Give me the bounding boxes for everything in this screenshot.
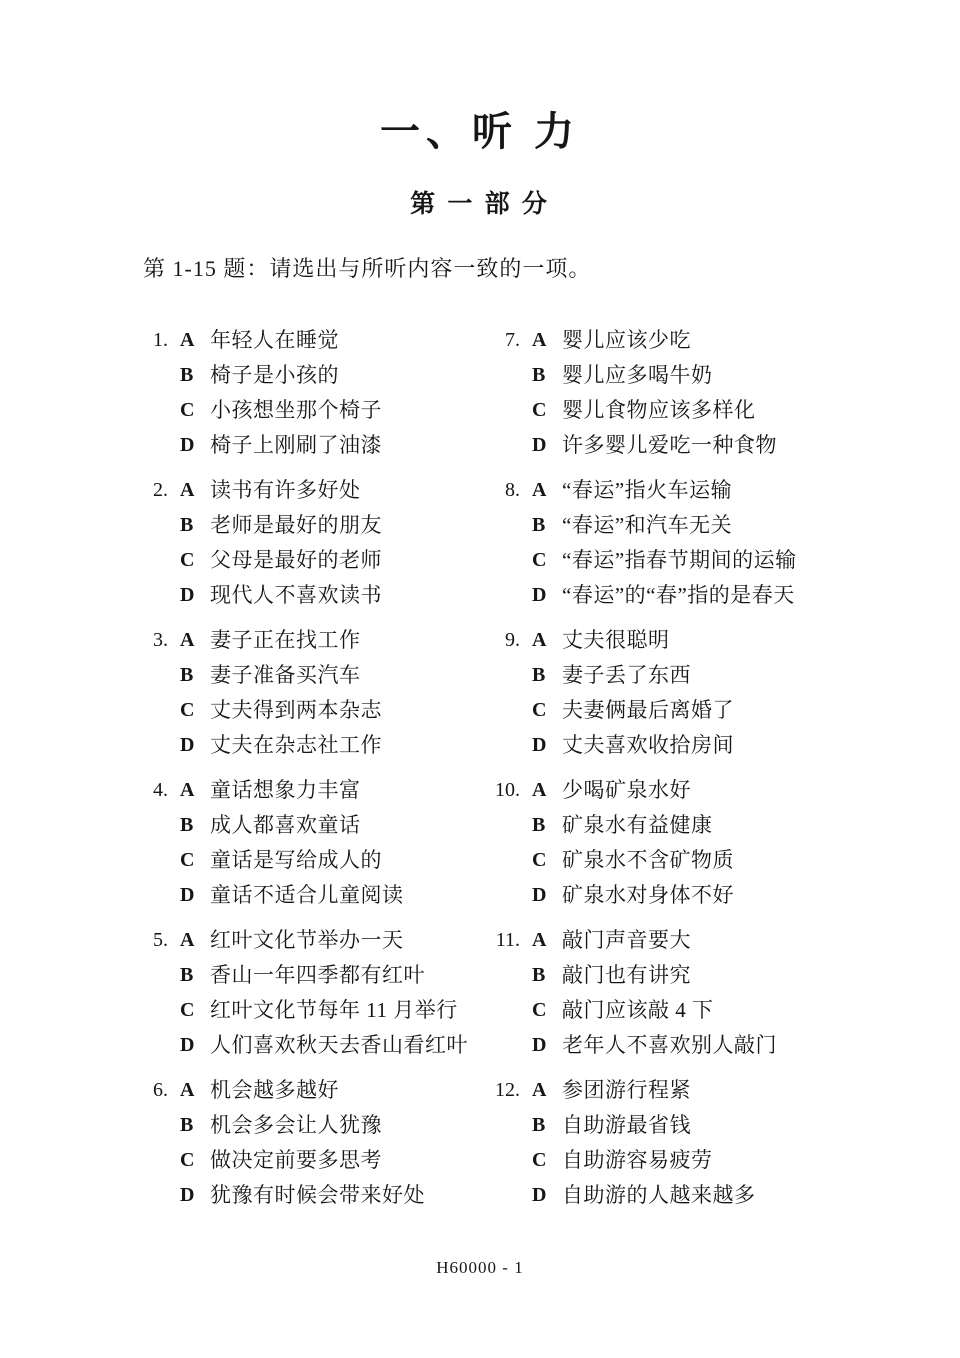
option-row: B 矿泉水有益健康 xyxy=(492,808,960,843)
question-block: 3. A 妻子正在找工作 B 妻子准备买汽车 C 丈夫得到两本杂志 D 丈夫在杂… xyxy=(140,623,492,763)
option-text: “春运”的“春”指的是春天 xyxy=(562,578,795,613)
option-text: 椅子上刚刷了油漆 xyxy=(210,428,382,463)
option-text: 童话是写给成人的 xyxy=(210,843,382,878)
option-row: C 丈夫得到两本杂志 xyxy=(140,693,492,728)
option-row: B “春运”和汽车无关 xyxy=(492,508,960,543)
option-row: D 许多婴儿爱吃一种食物 xyxy=(492,428,960,463)
option-row: B 妻子准备买汽车 xyxy=(140,658,492,693)
option-row: 11. A 敲门声音要大 xyxy=(492,923,960,958)
question-number-spacer xyxy=(140,1028,168,1063)
option-letter: C xyxy=(180,993,210,1028)
option-letter: A xyxy=(180,623,210,658)
option-text: 矿泉水对身体不好 xyxy=(562,878,734,913)
question-block: 7. A 婴儿应该少吃 B 婴儿应多喝牛奶 C 婴儿食物应该多样化 D 许多婴儿… xyxy=(492,323,960,463)
question-number-spacer xyxy=(140,693,168,728)
option-letter: B xyxy=(532,658,562,693)
question-number: 7. xyxy=(492,323,520,358)
option-letter: C xyxy=(532,993,562,1028)
question-column-left: 1. A 年轻人在睡觉 B 椅子是小孩的 C 小孩想坐那个椅子 D 椅子上刚刷了… xyxy=(140,323,492,1223)
question-block: 8. A “春运”指火车运输 B “春运”和汽车无关 C “春运”指春节期间的运… xyxy=(492,473,960,613)
option-row: 3. A 妻子正在找工作 xyxy=(140,623,492,658)
option-letter: A xyxy=(532,323,562,358)
option-letter: A xyxy=(532,923,562,958)
page-title: 一、听 力 xyxy=(0,0,960,154)
option-letter: C xyxy=(532,543,562,578)
option-row: 10. A 少喝矿泉水好 xyxy=(492,773,960,808)
option-text: 老师是最好的朋友 xyxy=(210,508,382,543)
question-list: 1. A 年轻人在睡觉 B 椅子是小孩的 C 小孩想坐那个椅子 D 椅子上刚刷了… xyxy=(140,323,960,1223)
question-block: 1. A 年轻人在睡觉 B 椅子是小孩的 C 小孩想坐那个椅子 D 椅子上刚刷了… xyxy=(140,323,492,463)
question-number: 1. xyxy=(140,323,168,358)
question-number-spacer xyxy=(140,958,168,993)
question-number: 2. xyxy=(140,473,168,508)
question-number-spacer xyxy=(492,658,520,693)
option-letter: A xyxy=(532,1073,562,1108)
option-row: C 夫妻俩最后离婚了 xyxy=(492,693,960,728)
option-text: 父母是最好的老师 xyxy=(210,543,382,578)
question-number: 9. xyxy=(492,623,520,658)
option-text: 丈夫很聪明 xyxy=(562,623,670,658)
question-number-spacer xyxy=(140,728,168,763)
option-row: B 妻子丢了东西 xyxy=(492,658,960,693)
option-text: 做决定前要多思考 xyxy=(210,1143,382,1178)
question-block: 9. A 丈夫很聪明 B 妻子丢了东西 C 夫妻俩最后离婚了 D 丈夫喜欢收拾房… xyxy=(492,623,960,763)
question-block: 4. A 童话想象力丰富 B 成人都喜欢童话 C 童话是写给成人的 D 童话不适… xyxy=(140,773,492,913)
option-text: 自助游的人越来越多 xyxy=(562,1178,756,1213)
option-letter: B xyxy=(180,1108,210,1143)
option-text: 丈夫得到两本杂志 xyxy=(210,693,382,728)
question-number: 12. xyxy=(492,1073,520,1108)
question-number-spacer xyxy=(140,393,168,428)
option-letter: D xyxy=(532,578,562,613)
option-row: 8. A “春运”指火车运输 xyxy=(492,473,960,508)
option-row: D 犹豫有时候会带来好处 xyxy=(140,1178,492,1213)
option-letter: C xyxy=(180,693,210,728)
option-letter: B xyxy=(180,508,210,543)
question-number: 8. xyxy=(492,473,520,508)
option-letter: C xyxy=(180,543,210,578)
question-number-spacer xyxy=(492,728,520,763)
option-row: 6. A 机会越多越好 xyxy=(140,1073,492,1108)
option-letter: D xyxy=(532,428,562,463)
option-letter: A xyxy=(180,323,210,358)
option-text: 红叶文化节每年 11 月举行 xyxy=(210,993,458,1028)
question-number-spacer xyxy=(492,958,520,993)
question-number-spacer xyxy=(140,658,168,693)
option-row: D 丈夫在杂志社工作 xyxy=(140,728,492,763)
question-number-spacer xyxy=(492,808,520,843)
option-letter: C xyxy=(532,1143,562,1178)
option-row: C 敲门应该敲 4 下 xyxy=(492,993,960,1028)
option-text: 童话不适合儿童阅读 xyxy=(210,878,404,913)
option-letter: B xyxy=(532,1108,562,1143)
section-title: 第 一 部 分 xyxy=(0,184,960,220)
option-row: D 现代人不喜欢读书 xyxy=(140,578,492,613)
option-text: 参团游行程紧 xyxy=(562,1073,691,1108)
option-letter: C xyxy=(532,393,562,428)
option-row: B 成人都喜欢童话 xyxy=(140,808,492,843)
question-number-spacer xyxy=(492,428,520,463)
option-letter: A xyxy=(180,473,210,508)
option-letter: B xyxy=(180,808,210,843)
option-letter: B xyxy=(532,508,562,543)
option-row: B 椅子是小孩的 xyxy=(140,358,492,393)
question-number: 6. xyxy=(140,1073,168,1108)
question-number-spacer xyxy=(492,1028,520,1063)
question-number-spacer xyxy=(492,843,520,878)
option-row: B 敲门也有讲究 xyxy=(492,958,960,993)
question-number-spacer xyxy=(140,358,168,393)
option-text: 妻子正在找工作 xyxy=(210,623,361,658)
question-number-spacer xyxy=(140,543,168,578)
option-letter: B xyxy=(180,358,210,393)
option-text: 许多婴儿爱吃一种食物 xyxy=(562,428,777,463)
option-row: D 老年人不喜欢别人敲门 xyxy=(492,1028,960,1063)
question-block: 11. A 敲门声音要大 B 敲门也有讲究 C 敲门应该敲 4 下 D 老年人不… xyxy=(492,923,960,1063)
option-letter: C xyxy=(180,1143,210,1178)
question-number-spacer xyxy=(140,878,168,913)
option-row: C 小孩想坐那个椅子 xyxy=(140,393,492,428)
option-text: 年轻人在睡觉 xyxy=(210,323,339,358)
question-number-spacer xyxy=(492,393,520,428)
option-text: 丈夫在杂志社工作 xyxy=(210,728,382,763)
option-row: C 童话是写给成人的 xyxy=(140,843,492,878)
option-text: 机会越多越好 xyxy=(210,1073,339,1108)
option-letter: A xyxy=(180,923,210,958)
option-text: 丈夫喜欢收拾房间 xyxy=(562,728,734,763)
option-letter: A xyxy=(532,623,562,658)
option-row: C 父母是最好的老师 xyxy=(140,543,492,578)
option-row: C “春运”指春节期间的运输 xyxy=(492,543,960,578)
option-text: 婴儿食物应该多样化 xyxy=(562,393,756,428)
option-text: 老年人不喜欢别人敲门 xyxy=(562,1028,777,1063)
question-number-spacer xyxy=(140,1178,168,1213)
option-letter: A xyxy=(180,773,210,808)
question-number-spacer xyxy=(492,693,520,728)
question-number-spacer xyxy=(492,578,520,613)
option-text: 敲门也有讲究 xyxy=(562,958,691,993)
option-row: 7. A 婴儿应该少吃 xyxy=(492,323,960,358)
option-row: D 丈夫喜欢收拾房间 xyxy=(492,728,960,763)
option-text: 婴儿应该少吃 xyxy=(562,323,691,358)
option-row: 1. A 年轻人在睡觉 xyxy=(140,323,492,358)
option-text: 犹豫有时候会带来好处 xyxy=(210,1178,425,1213)
option-text: 读书有许多好处 xyxy=(210,473,361,508)
question-block: 10. A 少喝矿泉水好 B 矿泉水有益健康 C 矿泉水不含矿物质 D 矿泉水对… xyxy=(492,773,960,913)
option-letter: B xyxy=(532,808,562,843)
question-column-right: 7. A 婴儿应该少吃 B 婴儿应多喝牛奶 C 婴儿食物应该多样化 D 许多婴儿… xyxy=(492,323,960,1223)
option-row: C 自助游容易疲劳 xyxy=(492,1143,960,1178)
option-letter: D xyxy=(532,1028,562,1063)
option-text: 婴儿应多喝牛奶 xyxy=(562,358,713,393)
question-number: 5. xyxy=(140,923,168,958)
option-row: B 婴儿应多喝牛奶 xyxy=(492,358,960,393)
question-number-spacer xyxy=(140,428,168,463)
question-number: 4. xyxy=(140,773,168,808)
option-text: 妻子丢了东西 xyxy=(562,658,691,693)
option-text: 夫妻俩最后离婚了 xyxy=(562,693,734,728)
option-text: 敲门应该敲 4 下 xyxy=(562,993,714,1028)
question-number: 10. xyxy=(492,773,520,808)
page-number: H60000 - 1 xyxy=(0,1258,960,1278)
option-letter: C xyxy=(532,693,562,728)
question-block: 6. A 机会越多越好 B 机会多会让人犹豫 C 做决定前要多思考 D 犹豫有时… xyxy=(140,1073,492,1213)
instruction-text: 第 1-15 题：请选出与所听内容一致的一项。 xyxy=(143,252,960,283)
option-row: D 自助游的人越来越多 xyxy=(492,1178,960,1213)
option-text: “春运”和汽车无关 xyxy=(562,508,732,543)
option-letter: D xyxy=(180,728,210,763)
question-number-spacer xyxy=(492,1108,520,1143)
question-number-spacer xyxy=(140,1108,168,1143)
option-row: 4. A 童话想象力丰富 xyxy=(140,773,492,808)
option-text: 机会多会让人犹豫 xyxy=(210,1108,382,1143)
option-text: 矿泉水有益健康 xyxy=(562,808,713,843)
option-text: 妻子准备买汽车 xyxy=(210,658,361,693)
option-row: D “春运”的“春”指的是春天 xyxy=(492,578,960,613)
option-row: D 人们喜欢秋天去香山看红叶 xyxy=(140,1028,492,1063)
question-number-spacer xyxy=(140,1143,168,1178)
question-number-spacer xyxy=(140,843,168,878)
option-text: 现代人不喜欢读书 xyxy=(210,578,382,613)
question-block: 12. A 参团游行程紧 B 自助游最省钱 C 自助游容易疲劳 D 自助游的人越… xyxy=(492,1073,960,1213)
option-text: 敲门声音要大 xyxy=(562,923,691,958)
option-letter: D xyxy=(180,1178,210,1213)
option-letter: B xyxy=(180,658,210,693)
option-row: C 红叶文化节每年 11 月举行 xyxy=(140,993,492,1028)
option-text: 成人都喜欢童话 xyxy=(210,808,361,843)
option-row: B 自助游最省钱 xyxy=(492,1108,960,1143)
option-row: C 矿泉水不含矿物质 xyxy=(492,843,960,878)
option-letter: D xyxy=(180,878,210,913)
option-row: B 香山一年四季都有红叶 xyxy=(140,958,492,993)
option-row: 12. A 参团游行程紧 xyxy=(492,1073,960,1108)
option-letter: C xyxy=(180,393,210,428)
question-number-spacer xyxy=(492,993,520,1028)
option-text: 人们喜欢秋天去香山看红叶 xyxy=(210,1028,468,1063)
question-number-spacer xyxy=(140,578,168,613)
option-row: 2. A 读书有许多好处 xyxy=(140,473,492,508)
question-number-spacer xyxy=(492,543,520,578)
option-row: B 老师是最好的朋友 xyxy=(140,508,492,543)
question-number-spacer xyxy=(140,808,168,843)
option-row: D 童话不适合儿童阅读 xyxy=(140,878,492,913)
option-text: 自助游容易疲劳 xyxy=(562,1143,713,1178)
option-row: D 矿泉水对身体不好 xyxy=(492,878,960,913)
option-letter: D xyxy=(532,728,562,763)
question-number-spacer xyxy=(492,1178,520,1213)
option-text: 矿泉水不含矿物质 xyxy=(562,843,734,878)
question-block: 5. A 红叶文化节举办一天 B 香山一年四季都有红叶 C 红叶文化节每年 11… xyxy=(140,923,492,1063)
option-letter: A xyxy=(532,473,562,508)
option-text: 自助游最省钱 xyxy=(562,1108,691,1143)
option-letter: D xyxy=(532,1178,562,1213)
option-letter: A xyxy=(532,773,562,808)
question-number-spacer xyxy=(492,358,520,393)
option-text: “春运”指春节期间的运输 xyxy=(562,543,797,578)
option-letter: D xyxy=(532,878,562,913)
option-text: 椅子是小孩的 xyxy=(210,358,339,393)
option-text: 小孩想坐那个椅子 xyxy=(210,393,382,428)
option-row: 9. A 丈夫很聪明 xyxy=(492,623,960,658)
option-letter: A xyxy=(180,1073,210,1108)
option-letter: C xyxy=(532,843,562,878)
option-letter: D xyxy=(180,428,210,463)
option-letter: D xyxy=(180,578,210,613)
question-number: 11. xyxy=(492,923,520,958)
option-row: B 机会多会让人犹豫 xyxy=(140,1108,492,1143)
option-text: 少喝矿泉水好 xyxy=(562,773,691,808)
option-text: 红叶文化节举办一天 xyxy=(210,923,404,958)
question-number-spacer xyxy=(492,508,520,543)
option-row: C 婴儿食物应该多样化 xyxy=(492,393,960,428)
option-letter: B xyxy=(180,958,210,993)
question-number-spacer xyxy=(492,1143,520,1178)
option-text: 童话想象力丰富 xyxy=(210,773,361,808)
question-number-spacer xyxy=(140,993,168,1028)
question-number-spacer xyxy=(140,508,168,543)
option-letter: D xyxy=(180,1028,210,1063)
option-letter: C xyxy=(180,843,210,878)
question-block: 2. A 读书有许多好处 B 老师是最好的朋友 C 父母是最好的老师 D 现代人… xyxy=(140,473,492,613)
option-row: C 做决定前要多思考 xyxy=(140,1143,492,1178)
option-text: 香山一年四季都有红叶 xyxy=(210,958,425,993)
option-text: “春运”指火车运输 xyxy=(562,473,732,508)
option-letter: B xyxy=(532,358,562,393)
option-row: 5. A 红叶文化节举办一天 xyxy=(140,923,492,958)
option-row: D 椅子上刚刷了油漆 xyxy=(140,428,492,463)
question-number: 3. xyxy=(140,623,168,658)
option-letter: B xyxy=(532,958,562,993)
question-number-spacer xyxy=(492,878,520,913)
